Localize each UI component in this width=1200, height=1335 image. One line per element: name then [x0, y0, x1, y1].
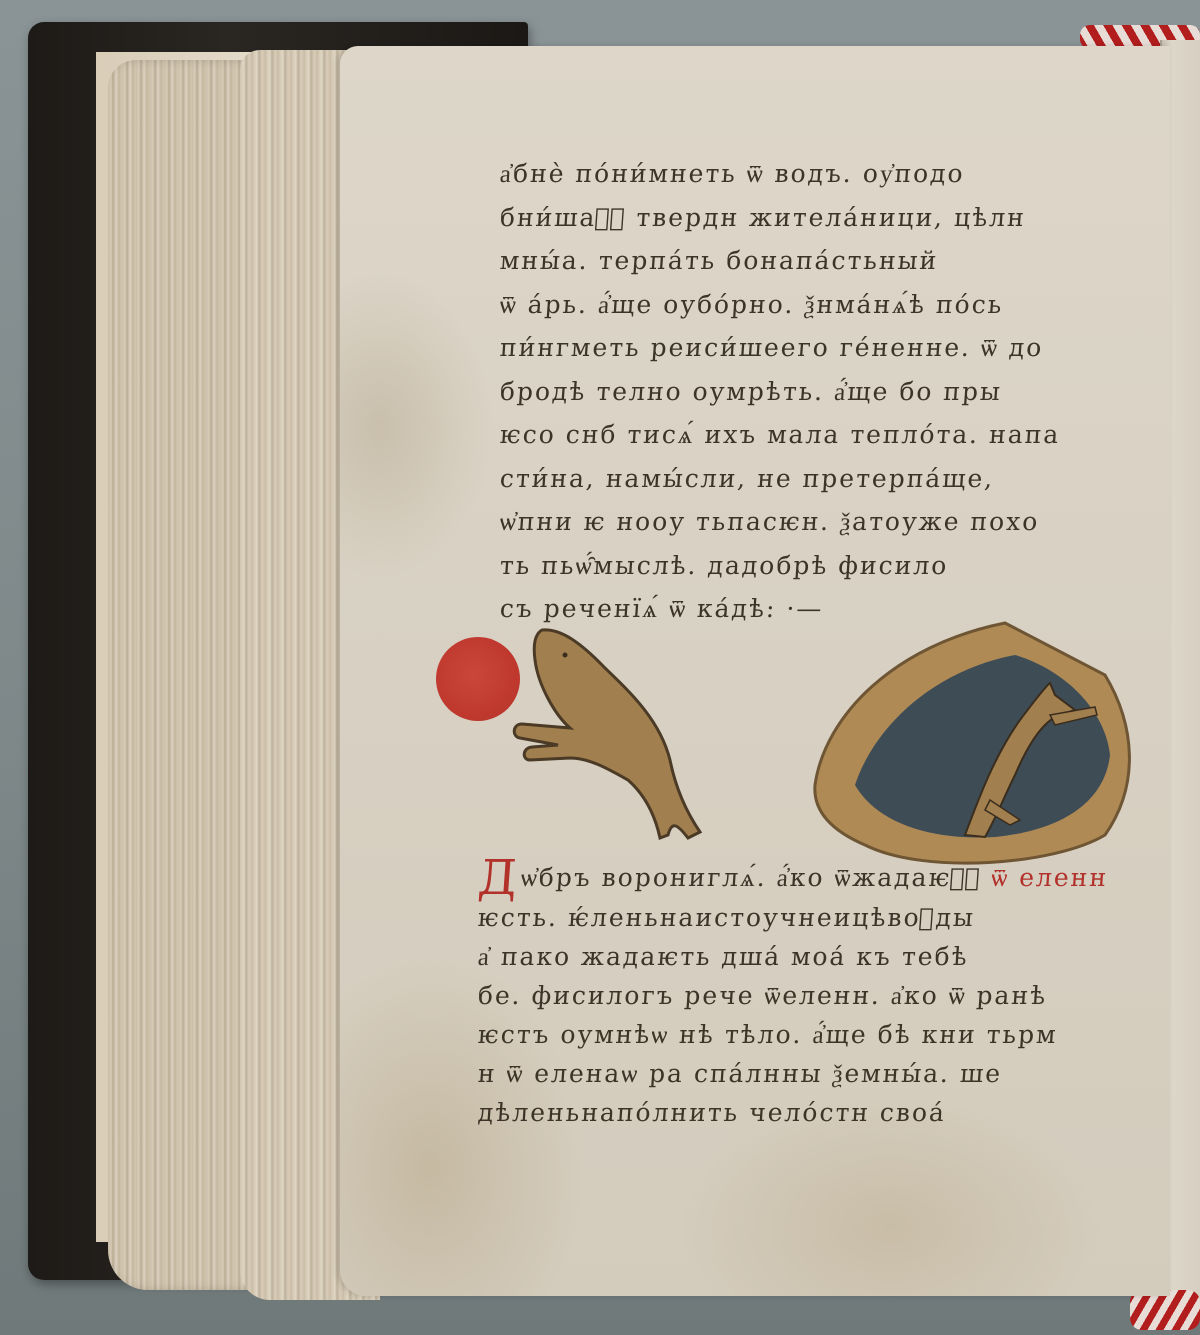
bottom-text-block: Дѡ҆бръ ворониглѧ́. а҆́ко ѿжадаѥⷩ҇ ѿ елен… [478, 858, 1108, 1132]
medallion-animal-illustration [805, 615, 1145, 875]
text-line: ѥстъ оумнѣѡ нѣ тѣло. а҆́ще бѣ кни тьрм [477, 1015, 1110, 1054]
text-line: пи́нгметь реиси́шеего ге́ненне. ѿ до [498, 326, 1061, 370]
rubric-text: ѿ еленн [990, 863, 1109, 892]
text-line: ѡ҆пни ѥ нооу тьпасѥн. ѯатоуже похо [498, 500, 1061, 544]
red-sun-illustration [436, 637, 520, 721]
text-line: сти́на, намы́сли, не претерпа́ще, [498, 457, 1061, 501]
text-line: ѿ а́рь. а҆́ще оубо́рно. ѯнма́нѧ́ѣ по́сь [498, 283, 1061, 327]
top-text-block: а҆бнѐ по́ни́мнеть ѿ водъ. оу҆подо бни́ша… [500, 152, 1060, 631]
text-line: ѥсо снб тисѧ́ ихъ мала тепло́та. напа [498, 413, 1061, 457]
text-line: ѥсть. ѥ́леньнаистоучнеицѣвоⷣды [477, 898, 1110, 937]
text-line: а҆ пако жадаѥть дша́ моа́ къ тебѣ [477, 937, 1110, 976]
text-line: дѣленьнапо́лнить чело́стн своа́ [477, 1093, 1110, 1132]
red-white-binding-cord-bottom [1130, 1290, 1200, 1330]
text-line: а҆бнѐ по́ни́мнеть ѿ водъ. оу҆подо [498, 152, 1061, 196]
leaping-animal-illustration [510, 620, 710, 850]
text-line: мны́а. терпа́ть бонапа́стьный [498, 239, 1061, 283]
text-line-first: Дѡ҆бръ ворониглѧ́. а҆́ко ѿжадаѥⷩ҇ ѿ елен… [477, 858, 1110, 898]
text-line: ть пьѡ̑́мыслѣ. дадобрѣ фисило [498, 544, 1061, 588]
text-line: бни́шаⷭ҇ твердн житела́ници, цѣлн [498, 196, 1061, 240]
text-line: бе. фисилогъ рече ѿеленн. а҆ко ѿ ранѣ [477, 976, 1110, 1015]
text-line: бродѣ телно оумрѣть. а҆́ще бо пры [498, 370, 1061, 414]
text-line: н ѿ еленаѡ ра спа́лнны ѯемны́а. ше [477, 1054, 1110, 1093]
